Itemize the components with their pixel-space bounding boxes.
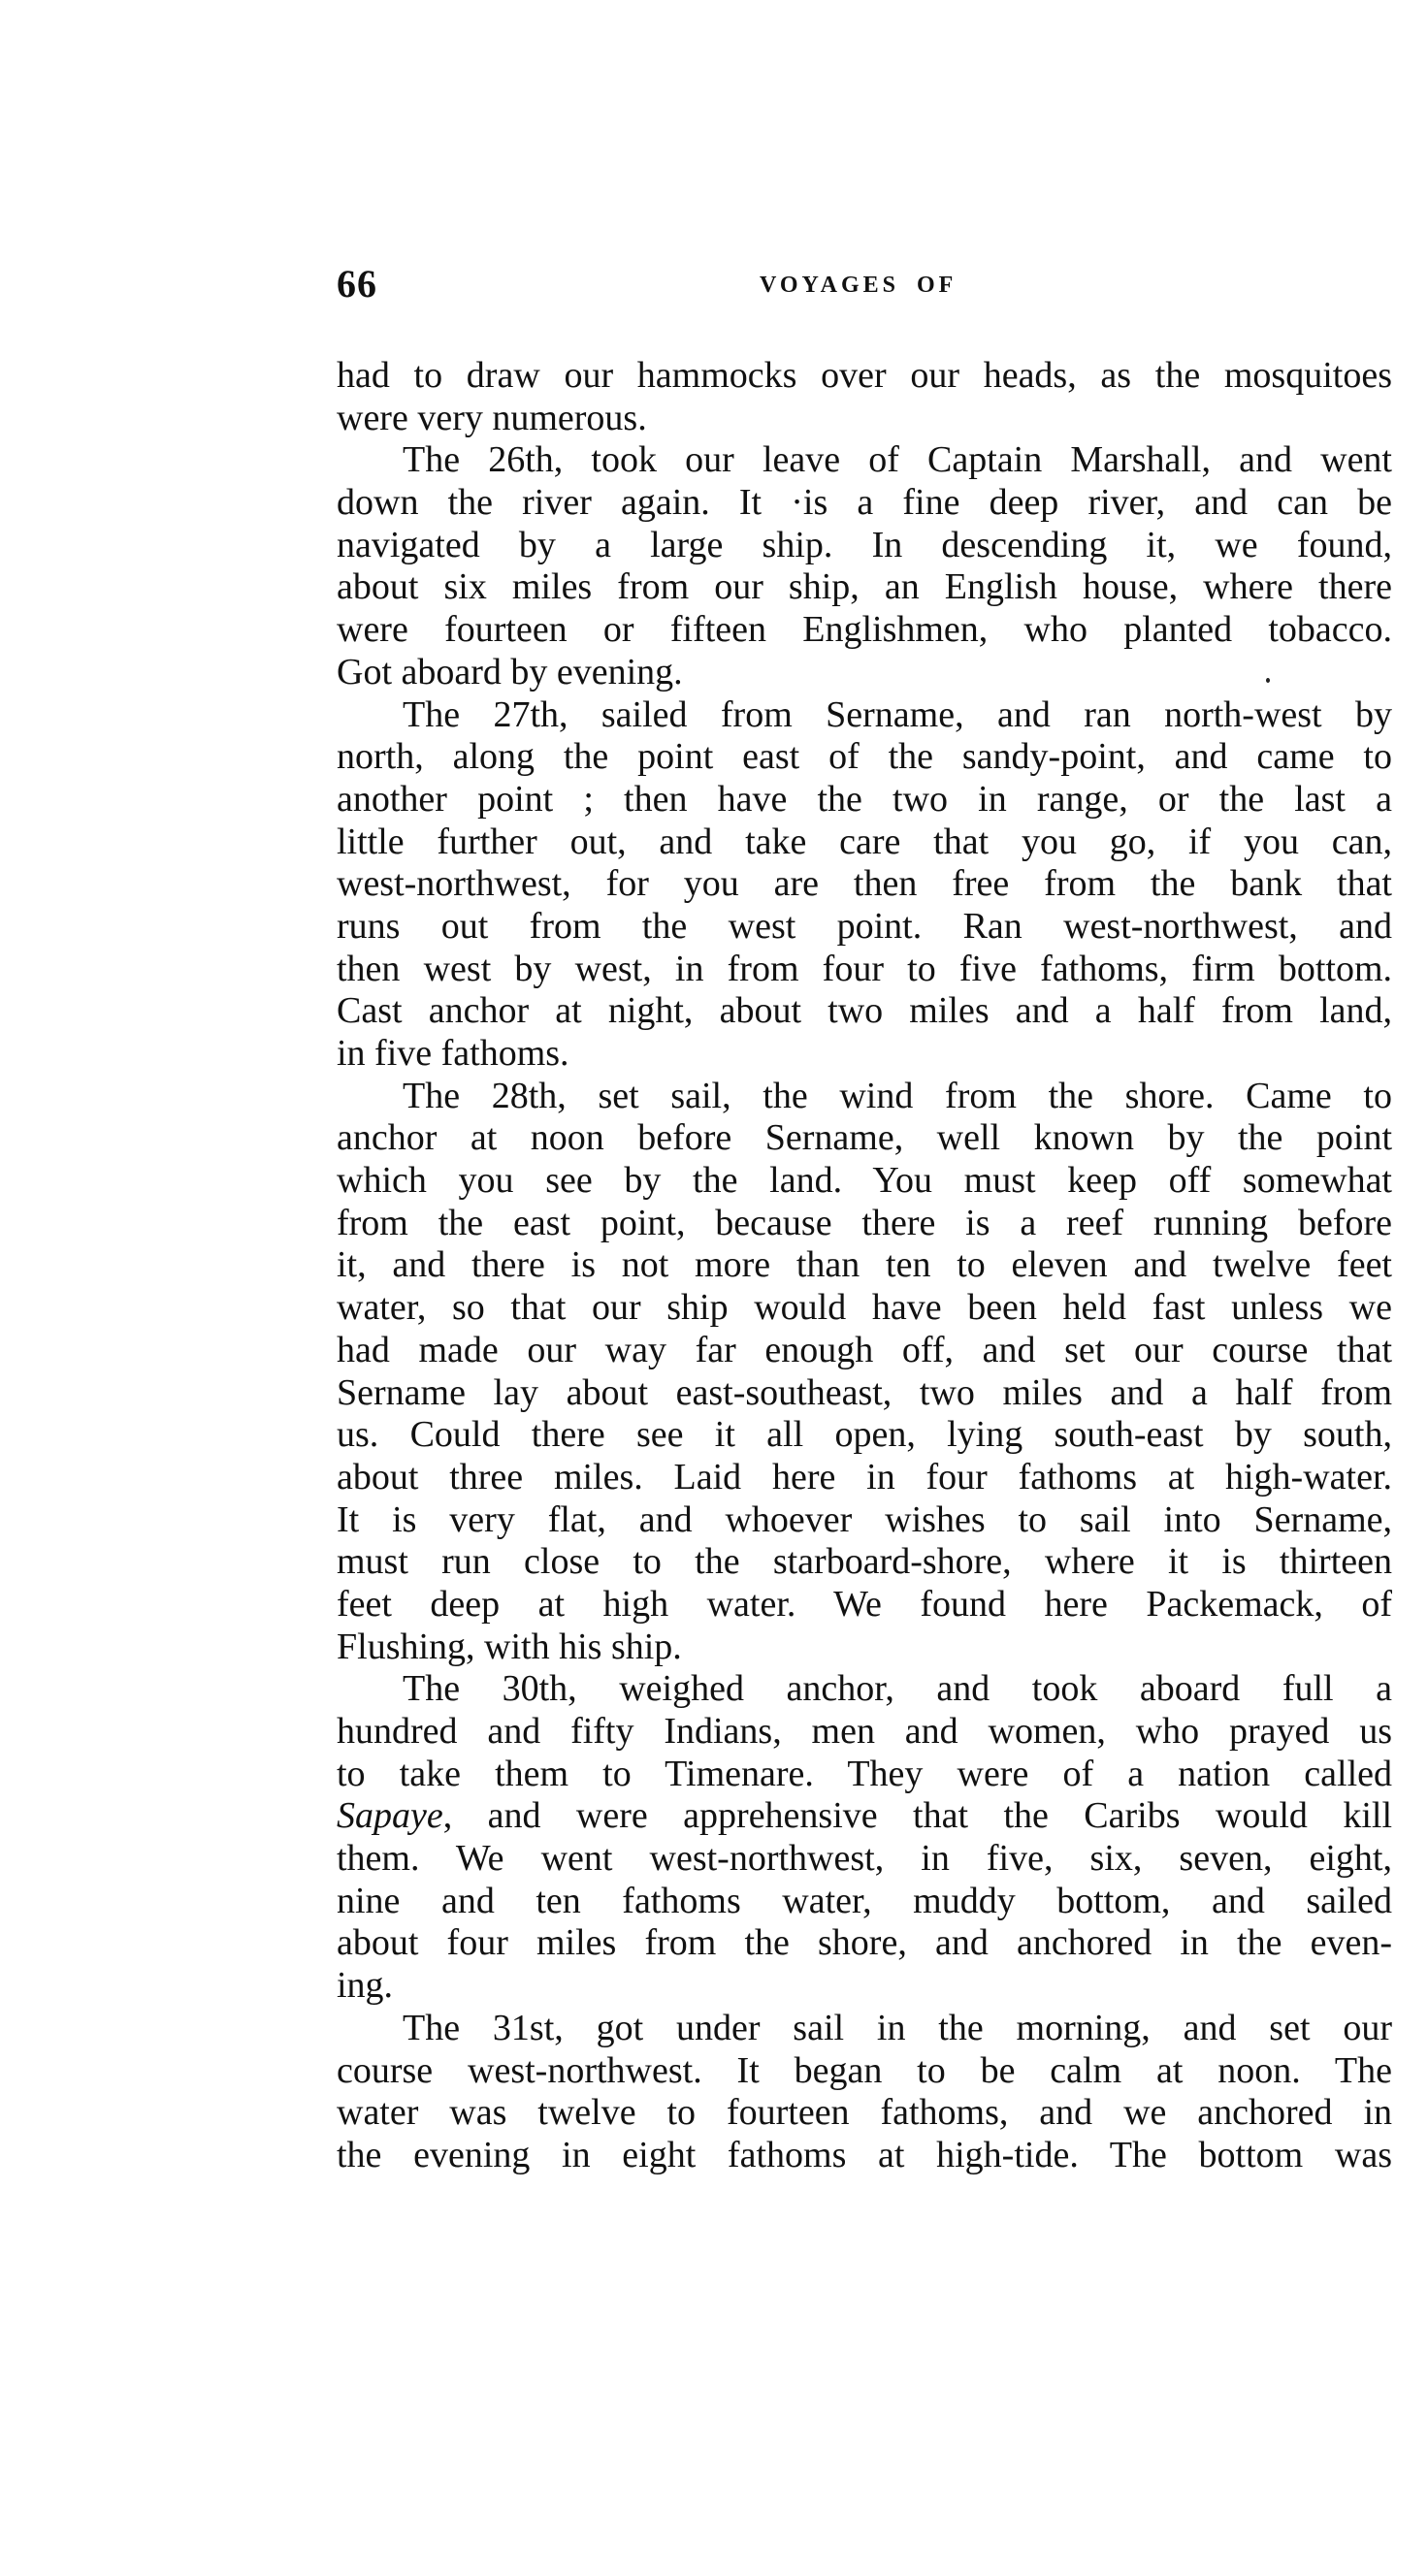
text-line: water was twelve to fourteen fathoms, an… — [337, 2092, 1392, 2135]
text-line: course west-northwest. It began to be ca… — [337, 2050, 1392, 2093]
text-line: Got aboard by evening. — [337, 652, 1392, 694]
book-page: 66 VOYAGES OF had to draw our hammocks o… — [0, 0, 1428, 2576]
text-line: nine and ten fathoms water, muddy bottom… — [337, 1881, 1392, 1923]
scan-speck — [1266, 678, 1270, 683]
text-line: down the river again. It ·is a fine deep… — [337, 482, 1392, 525]
text-line: had made our way far enough off, and set… — [337, 1330, 1392, 1372]
paragraph-first-line: The 27th, sailed from Sername, and ran n… — [337, 694, 1392, 737]
text-line: about three miles. Laid here in four fat… — [337, 1457, 1392, 1499]
text-line: from the east point, because there is a … — [337, 1203, 1392, 1245]
text-line: feet deep at high water. We found here P… — [337, 1584, 1392, 1626]
text-line: Sername lay about east-southeast, two mi… — [337, 1372, 1392, 1415]
running-title: VOYAGES OF — [760, 266, 957, 305]
body-text: had to draw our hammocks over our heads,… — [337, 355, 1392, 2177]
text-line: water, so that our ship would have been … — [337, 1287, 1392, 1330]
text-line: were very numerous. — [337, 398, 1392, 440]
running-head: 66 VOYAGES OF — [337, 260, 1392, 308]
text-line: about four miles from the shore, and anc… — [337, 1922, 1392, 1965]
text-line: hundred and fifty Indians, men and women… — [337, 1711, 1392, 1754]
text-line: to take them to Timenare. They were of a… — [337, 1754, 1392, 1796]
text-line: had to draw our hammocks over our heads,… — [337, 355, 1392, 398]
page-number: 66 — [337, 260, 377, 308]
text-line: another point ; then have the two in ran… — [337, 779, 1392, 821]
italic-nation-name: Sapaye — [337, 1795, 443, 1836]
text-line-with-italic: Sapaye, and were apprehensive that the C… — [337, 1795, 1392, 1838]
text-line: runs out from the west point. Ran west-n… — [337, 906, 1392, 949]
paragraph-first-line: The 28th, set sail, the wind from the sh… — [337, 1076, 1392, 1118]
text-line: west-northwest, for you are then free fr… — [337, 863, 1392, 906]
text-line: it, and there is not more than ten to el… — [337, 1244, 1392, 1287]
text-line: navigated by a large ship. In descending… — [337, 525, 1392, 567]
paragraph-first-line: The 30th, weighed anchor, and took aboar… — [337, 1668, 1392, 1711]
text-line: anchor at noon before Sername, well know… — [337, 1117, 1392, 1160]
text-line: in five fathoms. — [337, 1033, 1392, 1076]
text-line: ing. — [337, 1965, 1392, 2008]
text-line-rest: , and were apprehensive that the Caribs … — [443, 1795, 1392, 1836]
text-line: the evening in eight fathoms at high-tid… — [337, 2135, 1392, 2177]
text-line: little further out, and take care that y… — [337, 821, 1392, 864]
text-line: which you see by the land. You must keep… — [337, 1160, 1392, 1203]
text-line: It is very flat, and whoever wishes to s… — [337, 1499, 1392, 1542]
text-line: must run close to the starboard-shore, w… — [337, 1541, 1392, 1584]
text-line: north, along the point east of the sandy… — [337, 736, 1392, 779]
paragraph-first-line: The 31st, got under sail in the morning,… — [337, 2008, 1392, 2050]
text-line: Flushing, with his ship. — [337, 1626, 1392, 1669]
text-line: then west by west, in from four to five … — [337, 949, 1392, 991]
text-line: them. We went west-northwest, in five, s… — [337, 1838, 1392, 1881]
text-line: were fourteen or fifteen Englishmen, who… — [337, 609, 1392, 652]
paragraph-first-line: The 26th, took our leave of Captain Mars… — [337, 439, 1392, 482]
text-line: us. Could there see it all open, lying s… — [337, 1414, 1392, 1457]
text-line: about six miles from our ship, an Englis… — [337, 566, 1392, 609]
text-line: Cast anchor at night, about two miles an… — [337, 990, 1392, 1033]
